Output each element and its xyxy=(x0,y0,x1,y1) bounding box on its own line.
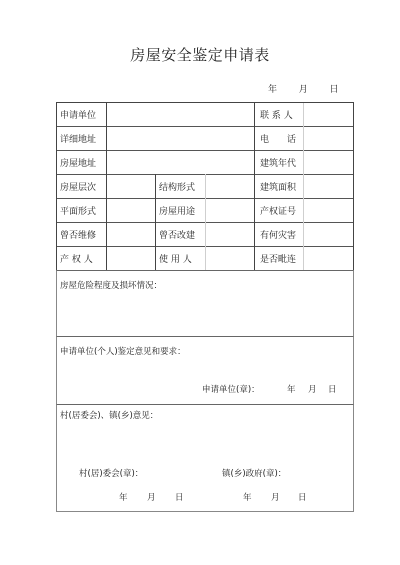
col-divider xyxy=(155,174,156,271)
label-phone: 电 话 xyxy=(260,132,296,145)
field-floor-area[interactable] xyxy=(304,175,354,198)
field-plan-form[interactable] xyxy=(107,199,155,222)
field-disasters[interactable] xyxy=(304,223,354,246)
request-date-day: 日 xyxy=(328,383,337,395)
label-user: 使 用 人 xyxy=(159,252,192,265)
section-request[interactable]: 申请单位(个人)鉴定意见和要求： 申请单位(章)： 年 月 日 xyxy=(56,336,354,404)
field-owner[interactable] xyxy=(107,247,155,270)
label-house-address: 房屋地址 xyxy=(60,156,96,169)
field-detail-address[interactable] xyxy=(107,127,254,150)
opinion-label: 村(居委会)、镇(乡)意见： xyxy=(60,409,158,421)
header-date: 年 月 日 xyxy=(268,82,339,95)
info-grid: 申请单位 联 系 人 详细地址 电 话 房屋地址 建筑年代 房屋层次 结构形式 … xyxy=(56,102,354,270)
section-damage[interactable]: 房屋危险程度及损坏情况： xyxy=(56,270,354,336)
field-user[interactable] xyxy=(206,247,254,270)
label-build-year: 建筑年代 xyxy=(260,156,296,169)
label-structure: 结构形式 xyxy=(159,180,195,193)
field-build-year[interactable] xyxy=(304,151,354,174)
section-opinion[interactable]: 村(居委会)、镇(乡)意见： 村(居)委会(章)： 镇(乡)政府(章)： 年 月… xyxy=(56,404,354,512)
label-applicant-unit: 申请单位 xyxy=(60,108,96,121)
field-applicant-unit[interactable] xyxy=(107,103,254,126)
field-house-address[interactable] xyxy=(107,151,254,174)
town-stamp-label: 镇(乡)政府(章)： xyxy=(222,467,286,479)
field-structure[interactable] xyxy=(206,175,254,198)
field-adjoining[interactable] xyxy=(304,247,354,270)
header-date-day: 日 xyxy=(330,82,339,95)
page-title: 房屋安全鉴定申请表 xyxy=(0,44,400,65)
label-contact: 联 系 人 xyxy=(260,108,293,121)
header-date-year: 年 xyxy=(268,82,277,95)
label-rebuilt: 曾否改建 xyxy=(159,228,195,241)
town-date-day: 日 xyxy=(298,491,307,503)
request-date-year: 年 xyxy=(287,383,296,395)
field-title-cert[interactable] xyxy=(304,199,354,222)
village-stamp-label: 村(居)委会(章)： xyxy=(79,467,143,479)
town-date-year: 年 xyxy=(243,491,252,503)
request-date-month: 月 xyxy=(308,383,317,395)
request-label: 申请单位(个人)鉴定意见和要求： xyxy=(60,345,186,357)
field-phone[interactable] xyxy=(304,127,354,150)
col-divider xyxy=(254,103,255,271)
field-house-use[interactable] xyxy=(206,199,254,222)
field-contact[interactable] xyxy=(304,103,354,126)
header-date-month: 月 xyxy=(299,82,308,95)
field-rebuilt[interactable] xyxy=(206,223,254,246)
label-plan-form: 平面形式 xyxy=(60,204,96,217)
label-adjoining: 是否毗连 xyxy=(260,252,296,265)
label-title-cert: 产权证号 xyxy=(260,204,296,217)
field-floors[interactable] xyxy=(107,175,155,198)
label-detail-address: 详细地址 xyxy=(60,132,96,145)
label-owner: 产 权 人 xyxy=(60,252,93,265)
town-date-month: 月 xyxy=(271,491,280,503)
village-date-day: 日 xyxy=(175,491,184,503)
damage-label: 房屋危险程度及损坏情况： xyxy=(60,279,162,291)
label-house-use: 房屋用途 xyxy=(159,204,195,217)
label-floor-area: 建筑面积 xyxy=(260,180,296,193)
label-floors: 房屋层次 xyxy=(60,180,96,193)
village-date-month: 月 xyxy=(147,491,156,503)
village-date-year: 年 xyxy=(119,491,128,503)
label-repaired: 曾否维修 xyxy=(60,228,96,241)
field-repaired[interactable] xyxy=(107,223,155,246)
label-disasters: 有何灾害 xyxy=(260,228,296,241)
request-stamp-label: 申请单位(章)： xyxy=(202,383,260,395)
